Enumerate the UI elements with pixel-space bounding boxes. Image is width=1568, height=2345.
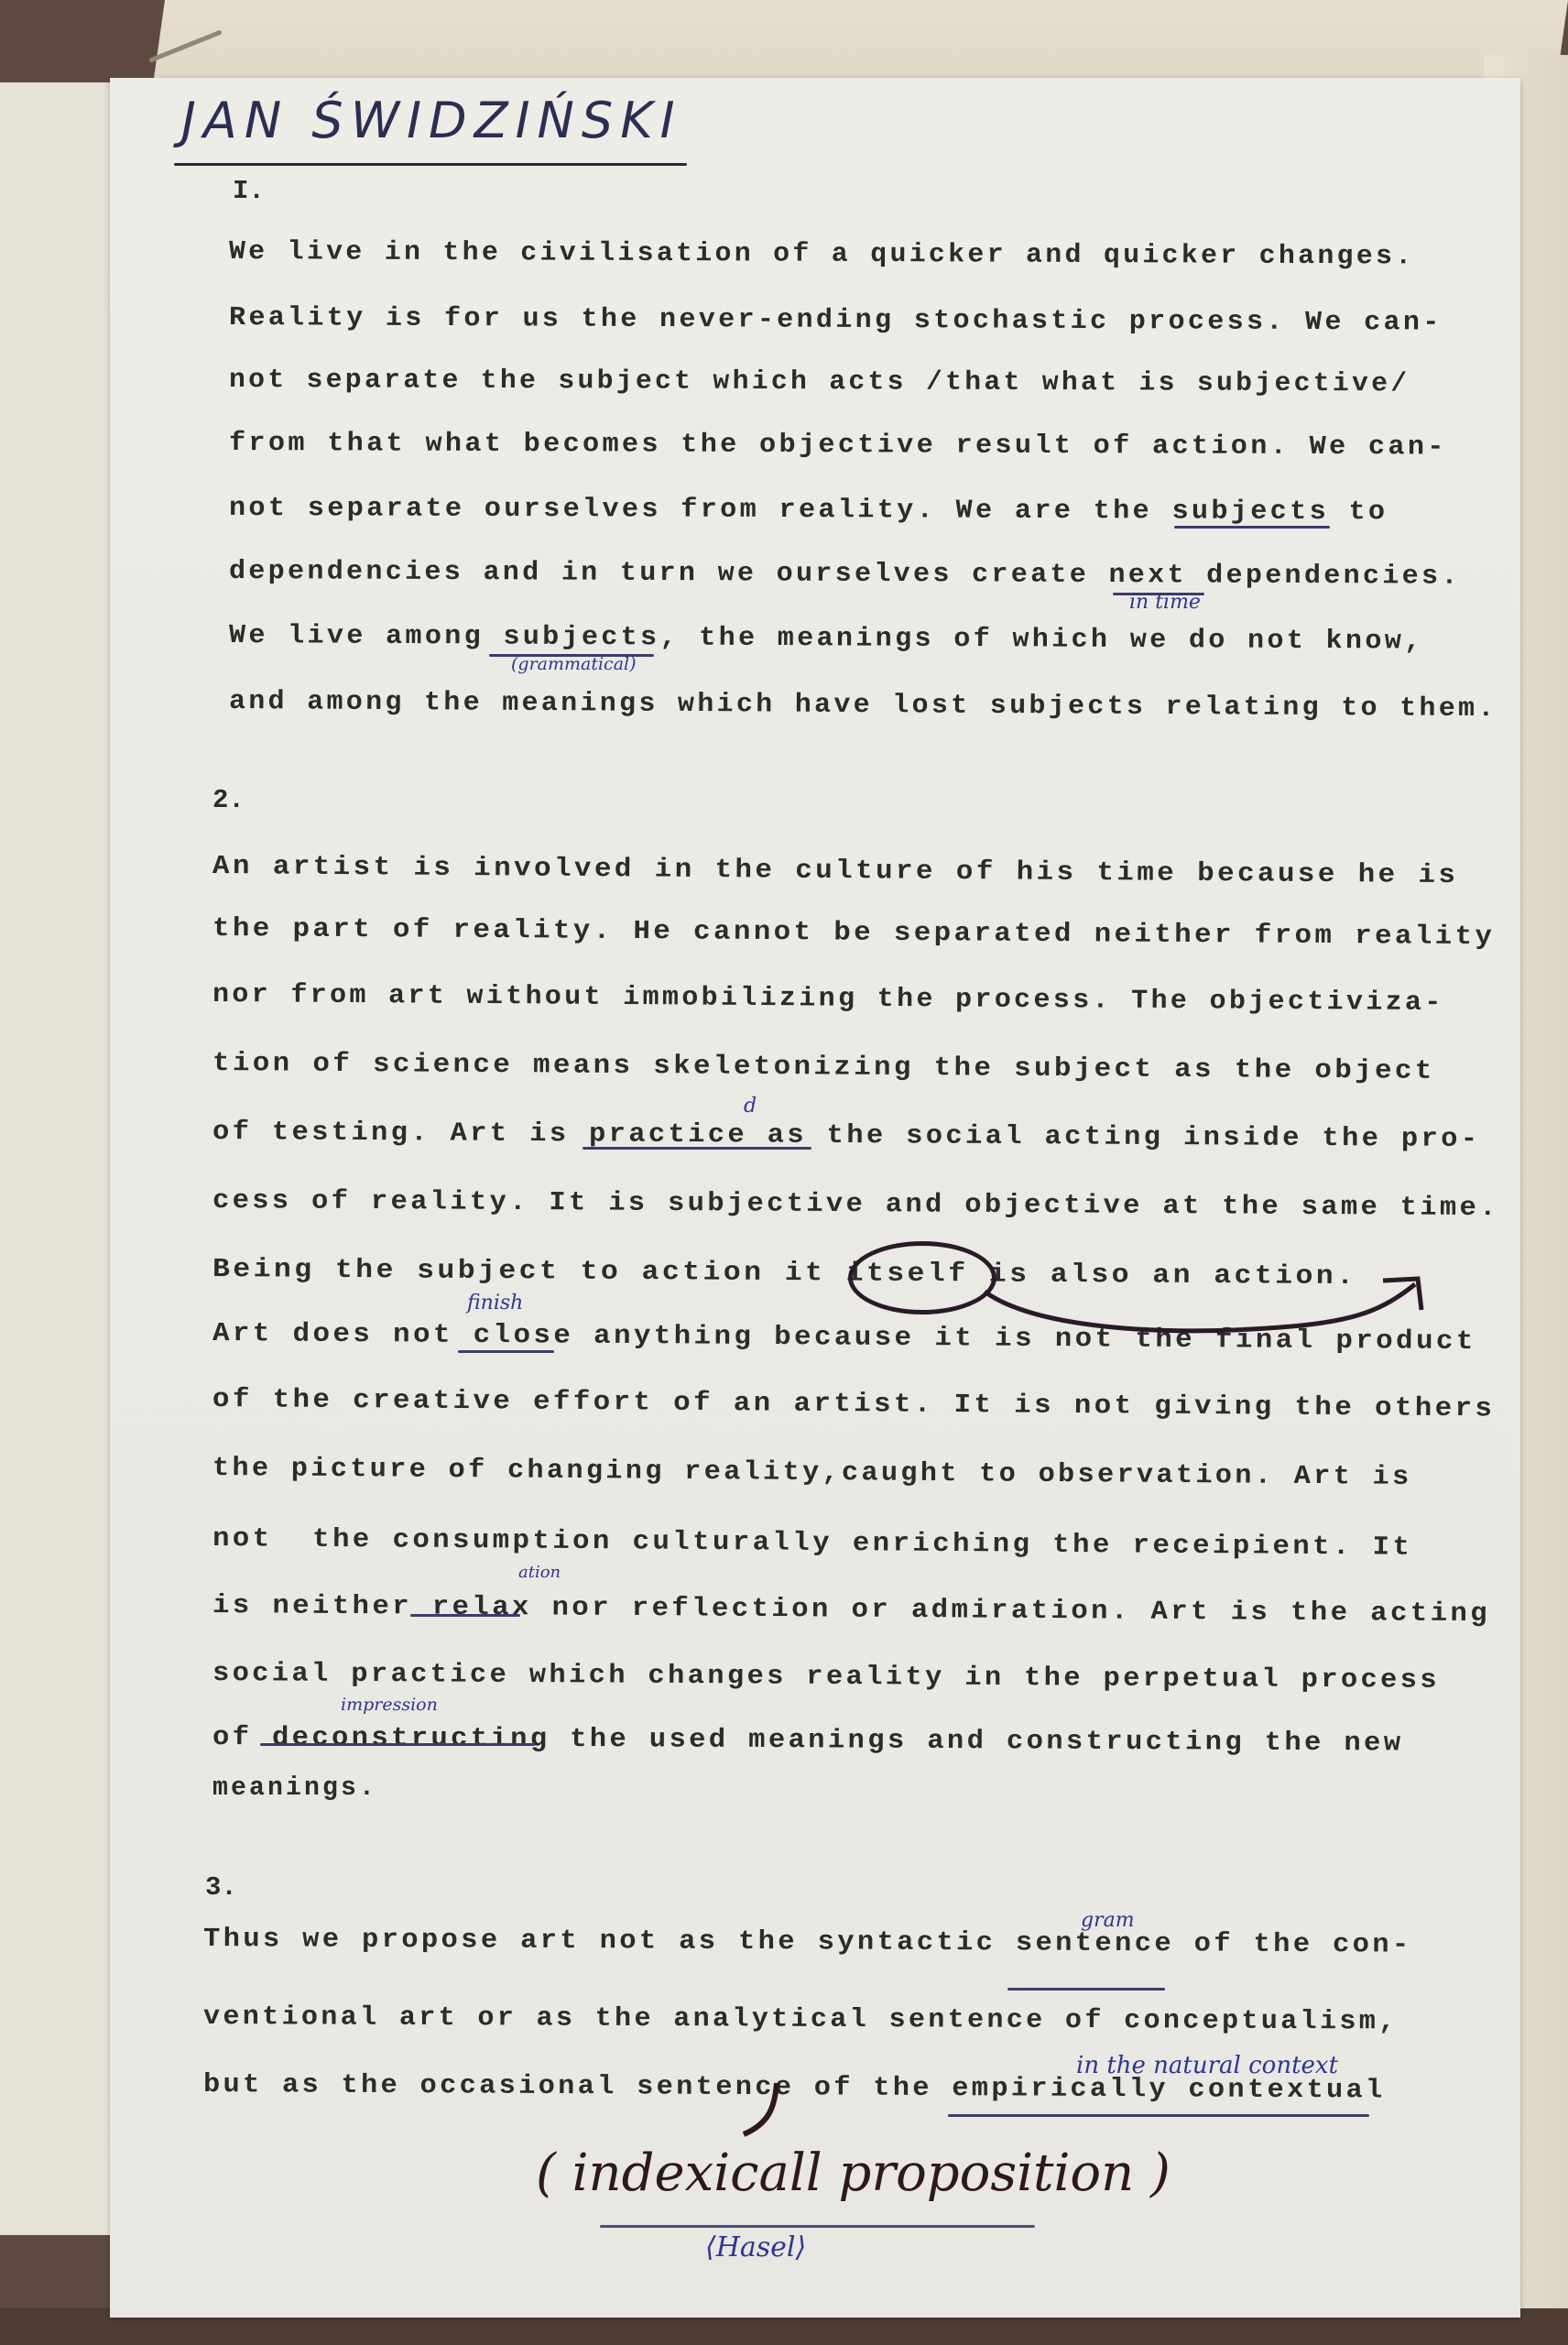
handwritten-indexical-proposition: ( indexicall proposition ) — [536, 2143, 1171, 2203]
typed-line: dependencies and in turn we ourselves cr… — [229, 556, 1461, 592]
underline-practice-as — [583, 1147, 811, 1150]
annotation-in-time: in time — [1129, 591, 1201, 614]
handwritten-husserl: ⟨Hasel⟩ — [705, 2231, 806, 2263]
circled-itself — [848, 1241, 996, 1314]
annotation-gram: gram — [1081, 1909, 1135, 1932]
annotation-grammatical: (grammatical) — [511, 654, 637, 674]
underline-relax — [410, 1614, 520, 1617]
author-underline — [174, 163, 687, 166]
typed-line: ventional art or as the analytical sente… — [203, 2001, 1399, 2036]
annotation-finish: finish — [467, 1292, 523, 1314]
underline-close — [458, 1350, 554, 1353]
typed-line: not separate ourselves from reality. We … — [229, 493, 1388, 527]
arrow-annotation-icon — [980, 1264, 1438, 1347]
section-number: 2. — [212, 785, 245, 815]
underline-sentence — [1007, 1988, 1165, 1991]
typed-line: We live in the civilisation of a quicker… — [229, 236, 1415, 271]
underline-subjects — [1174, 526, 1330, 529]
typed-line: from that what becomes the objective res… — [229, 428, 1447, 462]
annotation-natural-context: in the natural context — [1076, 2052, 1338, 2079]
typed-line: of deconstructing the used meanings and … — [212, 1722, 1404, 1758]
insertion-mark-icon — [733, 2079, 806, 2153]
typed-line: Reality is for us the never-ending stoch… — [229, 302, 1443, 338]
annotation-practiced: d — [744, 1095, 757, 1118]
typed-line: meanings. — [212, 1772, 377, 1803]
annotation-impression: impression — [341, 1695, 438, 1715]
typed-line: Thus we propose art not as the syntactic… — [203, 1924, 1412, 1960]
section-number: I. — [233, 176, 265, 206]
annotation-relaxation: ation — [518, 1563, 561, 1582]
underline-proposition — [600, 2225, 1035, 2228]
section-number: 3. — [205, 1872, 237, 1903]
underline-deconstructing — [260, 1743, 535, 1746]
typed-line: not separate the subject which acts /tha… — [229, 365, 1410, 398]
underline-empirically-contextual — [948, 2114, 1369, 2117]
author-name-handwritten: JAN ŚWIDZIŃSKI — [181, 92, 682, 149]
typed-line: We live among subjects, the meanings of … — [229, 620, 1424, 657]
